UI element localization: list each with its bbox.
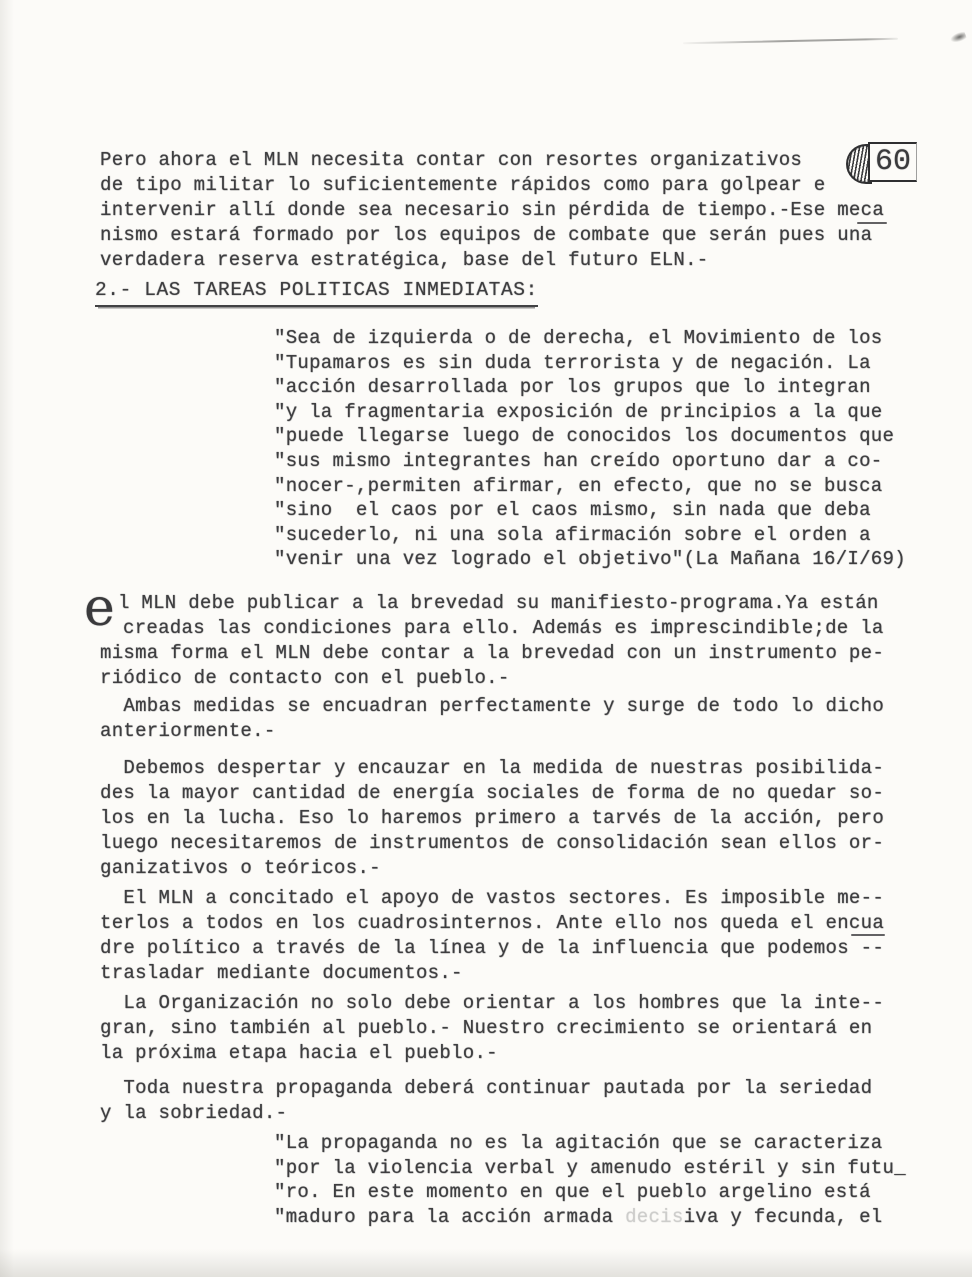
text-line: creadas las condiciones para ello. Ademá…	[123, 616, 884, 641]
paragraph-manifiesto: l MLN debe publicar a la brevedad su man…	[100, 591, 884, 691]
text-line: Pero ahora el MLN necesita contar con re…	[100, 148, 884, 173]
text-line: anteriormente.-	[100, 719, 884, 744]
quote-line: "acción desarrollada por los grupos que …	[274, 375, 906, 400]
text-line: l MLN debe publicar a la brevedad su man…	[118, 591, 884, 616]
text-line: terlos a todos en los cuadrosinternos. A…	[100, 911, 884, 936]
text-line: de tipo militar lo suficientemente rápid…	[100, 173, 884, 198]
text-line: y la sobriedad.-	[100, 1101, 872, 1126]
quote-line: "y la fragmentaria exposición de princip…	[274, 400, 906, 425]
scan-edge-shadow	[0, 0, 14, 1277]
text-line: des la mayor cantidad de energía sociale…	[100, 781, 884, 806]
text-line: riódico de contacto con el pueblo.-	[100, 666, 884, 691]
faded-quote-segment: decis	[625, 1206, 684, 1228]
quote-line: "venir una vez logrado el objetivo"(La M…	[274, 547, 906, 572]
text-line: verdadera reserva estratégica, base del …	[100, 248, 884, 273]
text-line: La Organización no solo debe orientar a …	[100, 991, 884, 1016]
text-line: nismo estará formado por los equipos de …	[100, 223, 884, 248]
text-line: trasladar mediante documentos.-	[100, 961, 884, 986]
section-heading-text: 2.- LAS TAREAS POLITICAS INMEDIATAS:	[95, 279, 538, 307]
quote-line: "sus mismo integrantes han creído oportu…	[274, 449, 906, 474]
quote-line: "sino el caos por el caos mismo, sin nad…	[274, 498, 906, 523]
scan-scratch-line	[683, 38, 898, 44]
blockquote-la-manana: "Sea de izquierda o de derecha, el Movim…	[274, 326, 906, 572]
quote-line: "por la violencia verbal y amenudo estér…	[274, 1156, 906, 1181]
blockquote-propaganda: "La propaganda no es la agitación que se…	[274, 1131, 906, 1229]
quote-line: "nocer-,permiten afirmar, en efecto, que…	[274, 474, 906, 499]
paragraph-organizacion: La Organización no solo debe orientar a …	[100, 991, 884, 1066]
quote-line: "ro. En este momento en que el pueblo ar…	[274, 1180, 906, 1205]
quote-line: "La propaganda no es la agitación que se…	[274, 1131, 906, 1156]
text-line: intervenir allí donde sea necesario sin …	[100, 198, 884, 223]
quote-line: "Tupamaros es sin duda terrorista y de n…	[274, 351, 906, 376]
scanned-document-page: 60 Pero ahora el MLN necesita contar con…	[0, 0, 972, 1277]
quote-line-partially-faded: "maduro para la acción armada decisiva y…	[274, 1205, 906, 1230]
scan-ink-blob	[949, 31, 967, 45]
text-line: Debemos despertar y encauzar en la medid…	[100, 756, 884, 781]
text-line: misma forma el MLN debe contar a la brev…	[100, 641, 884, 666]
scan-bottom-shadow	[0, 1249, 972, 1277]
text-line: ganizativos o teóricos.-	[100, 856, 884, 881]
paragraph-apoyo-sectores: El MLN a concitado el apoyo de vastos se…	[100, 886, 884, 986]
section-heading: 2.- LAS TAREAS POLITICAS INMEDIATAS:	[95, 279, 538, 307]
paragraph-debemos-despertar: Debemos despertar y encauzar en la medid…	[100, 756, 884, 881]
text-line: dre político a través de la línea y de l…	[100, 936, 884, 961]
paragraph-ambas-medidas: Ambas medidas se encuadran perfectamente…	[100, 694, 884, 744]
paragraph-intro: Pero ahora el MLN necesita contar con re…	[100, 148, 884, 273]
text-line: los en la lucha. Eso lo haremos primero …	[100, 806, 884, 831]
quote-segment: iva y fecunda, el	[684, 1206, 883, 1228]
text-line: gran, sino también al pueblo.- Nuestro c…	[100, 1016, 884, 1041]
text-line: El MLN a concitado el apoyo de vastos se…	[100, 886, 884, 911]
quote-line: "puede llegarse luego de conocidos los d…	[274, 424, 906, 449]
text-line: la próxima etapa hacia el pueblo.-	[100, 1041, 884, 1066]
paragraph-propaganda: Toda nuestra propaganda deberá continuar…	[100, 1076, 872, 1126]
quote-line: "sucederlo, ni una sola afirmación sobre…	[274, 523, 906, 548]
text-line: Toda nuestra propaganda deberá continuar…	[100, 1076, 872, 1101]
quote-line: "Sea de izquierda o de derecha, el Movim…	[274, 326, 906, 351]
quote-segment: "maduro para la acción armada	[274, 1206, 625, 1228]
text-line: luego necesitaremos de instrumentos de c…	[100, 831, 884, 856]
text-line: Ambas medidas se encuadran perfectamente…	[100, 694, 884, 719]
